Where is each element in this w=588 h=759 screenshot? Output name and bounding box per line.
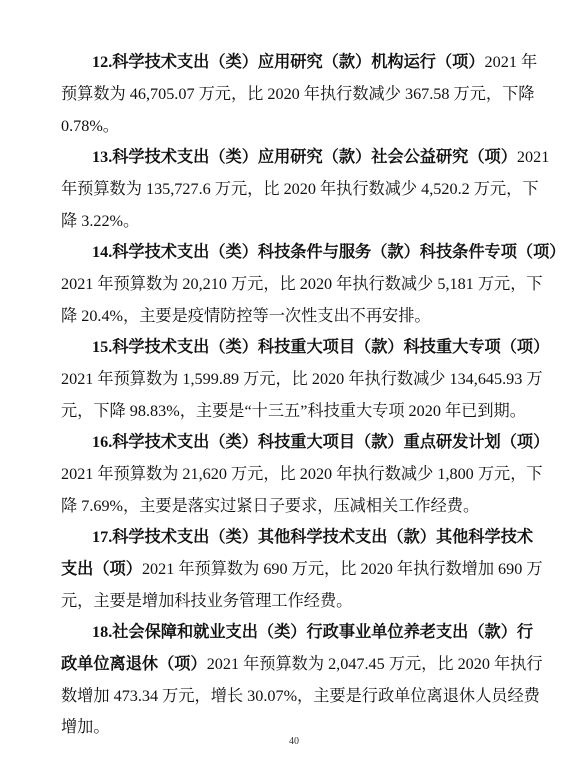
paragraph-17-line-3: 元，主要是增加科技业务管理工作经费。 <box>61 585 533 617</box>
paragraph-16-line-2: 2021 年预算数为 21,620 万元，比 2020 年执行数减少 1,800… <box>61 458 533 490</box>
paragraph-13-line-2: 年预算数为 135,727.6 万元，比 2020 年执行数减少 4,520.2… <box>61 173 533 205</box>
paragraph-16-line-3: 降 7.69%，主要是落实过紧日子要求，压减相关工作经费。 <box>61 490 533 522</box>
item-heading-cont: 政单位离退休（项） <box>61 655 207 673</box>
paragraph-16-line-1: 16.科学技术支出（类）科技重大项目（款）重点研发计划（项） <box>92 426 533 458</box>
paragraph-14-line-1: 14.科学技术支出（类）科技条件与服务（款）科技条件专项（项） <box>92 236 533 268</box>
paragraph-15-line-1: 15.科学技术支出（类）科技重大项目（款）科技重大专项（项） <box>92 331 533 363</box>
page-number: 40 <box>0 736 588 747</box>
paragraph-17-line-1: 17.科学技术支出（类）其他科学技术支出（款）其他科学技术 <box>92 521 533 553</box>
item-heading: 13.科学技术支出（类）应用研究（款）社会公益研究（项） <box>92 148 517 166</box>
paragraph-18-line-1: 18.社会保障和就业支出（类）行政事业单位养老支出（款）行 <box>92 616 533 648</box>
paragraph-15-line-3: 元，下降 98.83%，主要是“十三五”科技重大专项 2020 年已到期。 <box>61 395 533 427</box>
item-heading: 12.科学技术支出（类）应用研究（款）机构运行（项） <box>92 53 485 71</box>
item-heading-cont: 支出（项） <box>61 560 142 578</box>
paragraph-18-line-3: 数增加 473.34 万元，增长 30.07%，主要是行政单位离退休人员经费 <box>61 680 533 712</box>
item-heading: 14.科学技术支出（类）科技条件与服务（款）科技条件专项（项） <box>92 243 565 261</box>
paragraph-17-line-2: 支出（项）2021 年预算数为 690 万元，比 2020 年执行数增加 690… <box>61 553 533 585</box>
paragraph-12-line-1: 12.科学技术支出（类）应用研究（款）机构运行（项）2021 年 <box>92 46 533 78</box>
paragraph-15-line-2: 2021 年预算数为 1,599.89 万元，比 2020 年执行数减少 134… <box>61 363 533 395</box>
item-heading: 15.科学技术支出（类）科技重大项目（款）科技重大专项（项） <box>92 338 549 356</box>
paragraph-13-line-1: 13.科学技术支出（类）应用研究（款）社会公益研究（项）2021 <box>92 141 533 173</box>
paragraph-12-line-3: 0.78%。 <box>61 110 533 142</box>
item-heading: 18.社会保障和就业支出（类）行政事业单位养老支出（款）行 <box>92 623 533 641</box>
paragraph-14-line-3: 降 20.4%，主要是疫情防控等一次性支出不再安排。 <box>61 300 533 332</box>
paragraph-18-line-2: 政单位离退休（项）2021 年预算数为 2,047.45 万元，比 2020 年… <box>61 648 533 680</box>
paragraph-12-line-2: 预算数为 46,705.07 万元，比 2020 年执行数减少 367.58 万… <box>61 78 533 110</box>
document-page: 12.科学技术支出（类）应用研究（款）机构运行（项）2021 年 预算数为 46… <box>0 0 588 759</box>
paragraph-13-line-3: 降 3.22%。 <box>61 205 533 237</box>
item-heading: 16.科学技术支出（类）科技重大项目（款）重点研发计划（项） <box>92 433 549 451</box>
item-heading: 17.科学技术支出（类）其他科学技术支出（款）其他科学技术 <box>92 528 533 546</box>
paragraph-14-line-2: 2021 年预算数为 20,210 万元，比 2020 年执行数减少 5,181… <box>61 268 533 300</box>
